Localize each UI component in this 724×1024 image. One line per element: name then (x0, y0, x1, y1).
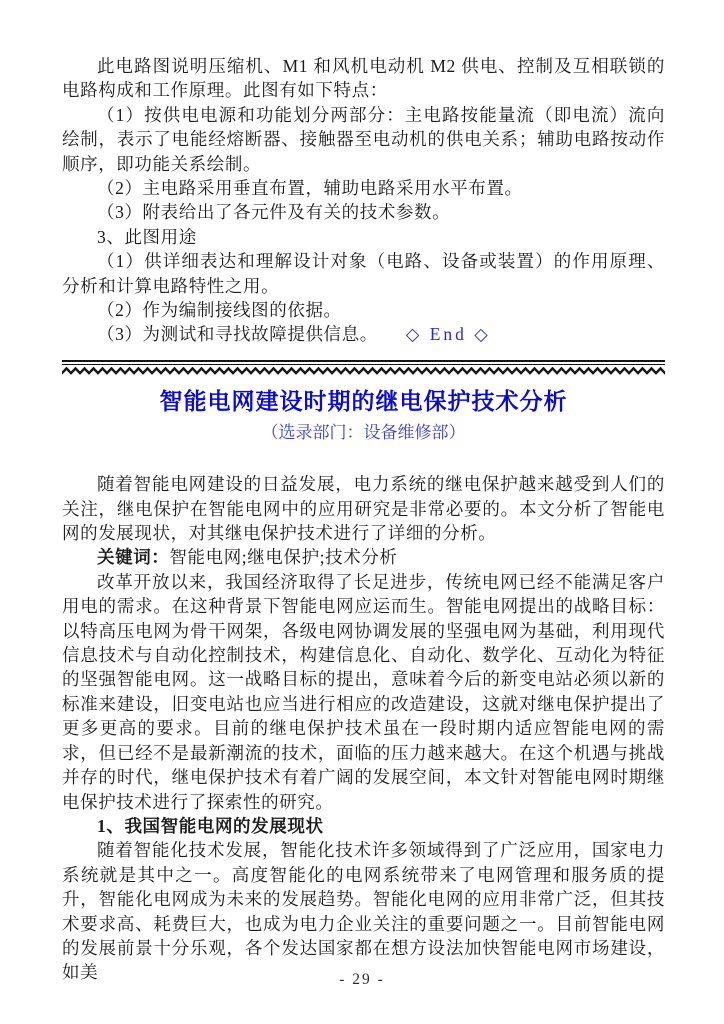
document-page: 此电路图说明压缩机、M1 和风机电动机 M2 供电、控制及互相联锁的电路构成和工… (0, 0, 724, 1024)
paragraph: （2）主电路采用垂直布置，辅助电路采用水平布置。 (62, 176, 665, 200)
keywords-line: 关键词：智能电网;继电保护;技术分析 (62, 545, 665, 569)
previous-article-section: 此电路图说明压缩机、M1 和风机电动机 M2 供电、控制及互相联锁的电路构成和工… (62, 54, 665, 347)
paragraph: （1）按供电电源和功能划分两部分：主电路按能量流（即电流）流向绘制，表示了电能经… (62, 103, 665, 176)
paragraph: （3）附表给出了各元件及有关的技术参数。 (62, 200, 665, 224)
page-number: - 29 - (0, 971, 724, 989)
article-subtitle: （选录部门：设备维修部） (62, 421, 665, 445)
end-marker: ◇ End ◇ (406, 324, 491, 344)
paragraph: （2）作为编制接线图的依据。 (62, 298, 665, 322)
article-body-section: 随着智能电网建设的日益发展，电力系统的继电保护越来越受到人们的关注，继电保护在智… (62, 472, 665, 985)
paragraph: 此电路图说明压缩机、M1 和风机电动机 M2 供电、控制及互相联锁的电路构成和工… (62, 54, 665, 103)
divider-rule-thin (62, 364, 665, 365)
keywords-text: 智能电网;继电保护;技术分析 (169, 547, 397, 567)
keywords-label: 关键词： (97, 547, 169, 567)
paragraph: 3、此图用途 (62, 225, 665, 249)
paragraph: （1）供详细表达和理解设计对象（电路、设备或装置）的作用原理、分析和计算电路特性… (62, 249, 665, 298)
section-divider (62, 360, 665, 376)
zigzag-divider (62, 367, 665, 376)
paragraph-text: （3）为测试和寻找故障提供信息。 (97, 324, 378, 344)
article-title: 智能电网建设时期的继电保护技术分析 (62, 386, 665, 416)
section-paragraph: 随着智能化技术发展，智能化技术许多领域得到了广泛应用，国家电力系统就是其中之一。… (62, 838, 665, 984)
divider-rule-thick (62, 360, 665, 362)
section-heading: 1、我国智能电网的发展现状 (62, 814, 665, 838)
body-paragraph: 改革开放以来，我国经济取得了长足进步，传统电网已经不能满足客户用电的需求。在这种… (62, 570, 665, 814)
paragraph: （3）为测试和寻找故障提供信息。◇ End ◇ (62, 322, 665, 346)
abstract-paragraph: 随着智能电网建设的日益发展，电力系统的继电保护越来越受到人们的关注，继电保护在智… (62, 472, 665, 545)
